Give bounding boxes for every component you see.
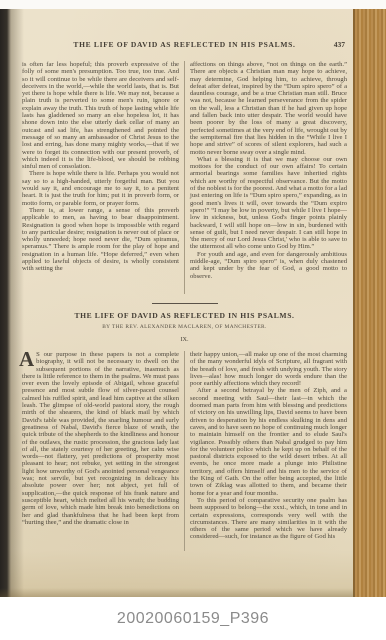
upper-left-column: is often far less hopeful; this proverb … (22, 61, 179, 294)
scanned-book-photo: THE LIFE OF DAVID AS REFLECTED IN HIS PS… (0, 0, 386, 640)
column-divider (184, 351, 185, 551)
opening-text: S our purpose in these papers is not a c… (22, 351, 179, 526)
page-header: THE LIFE OF DAVID AS REFLECTED IN HIS PS… (22, 40, 347, 52)
opening-paragraph: AS our purpose in these papers is not a … (22, 351, 179, 526)
paragraph: their happy union,—all make up one of th… (190, 351, 347, 387)
book-gutter-shadow (0, 9, 24, 597)
book-page: THE LIFE OF DAVID AS REFLECTED IN HIS PS… (0, 9, 386, 597)
catalog-label: 20020060159_P396 (117, 610, 269, 628)
paragraph: After a second betrayal by the men of Zi… (190, 387, 347, 496)
column-divider (184, 61, 185, 294)
paragraph: For youth and age, and even for dangerou… (190, 251, 347, 280)
lower-left-column: AS our purpose in these papers is not a … (22, 351, 179, 551)
page-bottom-shadow (0, 588, 355, 597)
paragraph: affections on things above, “not on thin… (190, 61, 347, 156)
upper-article: is often far less hopeful; this proverb … (22, 61, 347, 294)
section-byline: BY THE REV. ALEXANDER MACLAREN, OF MANCH… (22, 324, 347, 330)
paragraph: There is, at lower range, a sense of thi… (22, 207, 179, 273)
lower-right-column: their happy union,—all make up one of th… (190, 351, 347, 551)
section-rule (152, 303, 218, 304)
page-number: 437 (334, 40, 345, 49)
section-title: THE LIFE OF DAVID AS REFLECTED IN HIS PS… (22, 311, 347, 320)
upper-right-column: affections on things above, “not on thin… (190, 61, 347, 294)
running-header: THE LIFE OF DAVID AS REFLECTED IN HIS PS… (22, 40, 347, 49)
book-fore-edge (353, 9, 386, 597)
section-number: IX. (22, 336, 347, 343)
lower-article: AS our purpose in these papers is not a … (22, 351, 347, 551)
page-content: THE LIFE OF DAVID AS REFLECTED IN HIS PS… (0, 18, 353, 606)
paragraph: What a blessing it is that we may choose… (190, 156, 347, 251)
paragraph: To this period of comparative security o… (190, 497, 347, 541)
photo-bottom-strip: 20020060159_P396 (0, 597, 386, 640)
paragraph: is often far less hopeful; this proverb … (22, 61, 179, 170)
paragraph: There is hope while there is life. Perha… (22, 170, 179, 206)
photo-top-strip (0, 0, 386, 9)
